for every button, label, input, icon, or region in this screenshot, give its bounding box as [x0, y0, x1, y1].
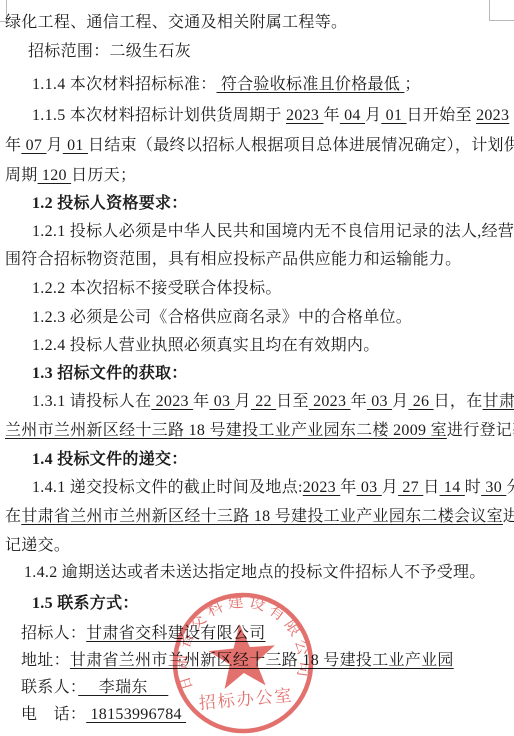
- fill-in-underlined-text: 甘肃省: [483, 393, 514, 410]
- text-segment: 1.5 联系方式：: [32, 595, 139, 612]
- text-line: 1.2.1 投标人必须是中华人民共和国境内无不良信用记录的法人,经营范: [32, 222, 514, 242]
- text-segment: 年: [5, 137, 21, 154]
- text-line: 电 话： 18153996784: [21, 705, 186, 725]
- text-segment: 进行登: [503, 508, 514, 525]
- fill-in-underlined-text: 2023: [286, 107, 324, 124]
- text-segment: 1.2 投标人资格要求：: [32, 195, 188, 212]
- text-line: 招标范围：二级生石灰: [28, 42, 191, 62]
- text-segment: 月: [392, 393, 408, 410]
- text-segment: 月: [47, 137, 63, 154]
- text-segment: 在: [5, 508, 21, 525]
- text-line: 1.3.1 请投标人在 2023 年 03 月 22 日至 2023 年 03 …: [32, 392, 514, 412]
- text-segment: 日结束（最终以招标人根据项目总体进展情况确定），计划供货: [88, 137, 514, 154]
- text-line: 围符合招标物资范围，具有相应投标产品供应能力和运输能力。: [5, 250, 461, 270]
- text-line: 1.1.4 本次材料招标标准： 符合验收标准且价格最低 ；: [32, 75, 421, 95]
- text-line: 联系人： 李瑞东: [21, 678, 168, 698]
- fill-in-underlined-text: 兰州市兰州新区经十三路 18 号建投工业产业园东二楼 2009 室: [5, 422, 447, 439]
- document-page: 绿化工程、通信工程、交通及相关附属工程等。招标范围：二级生石灰1.1.4 本次材…: [0, 0, 514, 736]
- text-line: 记递交。: [5, 536, 70, 556]
- text-line: 在甘肃省兰州市兰州新区经十三路 18 号建投工业产业园东二楼会议室进行登: [5, 507, 514, 527]
- text-segment: 周期: [5, 167, 38, 184]
- text-segment: 年: [351, 393, 367, 410]
- text-segment: 日至: [276, 393, 309, 410]
- text-segment: 地址：: [21, 652, 70, 669]
- text-segment: 电 话：: [21, 706, 86, 723]
- text-line: 地址：甘肃省兰州市兰州新区经十三路 18 号建投工业产业园: [21, 651, 454, 671]
- text-segment: 日开始至: [407, 107, 477, 124]
- fill-in-underlined-text: 01: [381, 107, 406, 124]
- fill-in-underlined-text: 14: [440, 479, 465, 496]
- text-segment: 月: [365, 107, 381, 124]
- fill-in-underlined-text: 甘肃省兰州市兰州新区经十三路 18 号建投工业产业园: [70, 652, 454, 669]
- text-segment: 1.2.3 必须是公司《合格供应商名录》中的合格单位。: [32, 309, 412, 326]
- fill-in-underlined-text: 22: [251, 393, 276, 410]
- fill-in-underlined-text: 03: [357, 479, 382, 496]
- text-line: 招标人：甘肃省交科建设有限公司: [21, 624, 266, 644]
- document-body: 绿化工程、通信工程、交通及相关附属工程等。招标范围：二级生石灰1.1.4 本次材…: [0, 0, 514, 736]
- fill-in-underlined-text: 符合验收标准且价格最低: [217, 76, 405, 93]
- text-line: 兰州市兰州新区经十三路 18 号建投工业产业园东二楼 2009 室进行登记获取。: [5, 421, 514, 441]
- text-line: 1.5 联系方式：: [32, 594, 139, 614]
- fill-in-underlined-text: 18153996784: [86, 706, 186, 723]
- fill-in-underlined-text: 2023: [309, 393, 351, 410]
- text-segment: 招标人：: [21, 625, 86, 642]
- text-line: 1.2.2 本次招标不接受联合体投标。: [32, 279, 282, 299]
- text-segment: 1.1.5 本次材料招标计划供货周期于: [32, 107, 286, 124]
- text-segment: 日，在: [434, 393, 483, 410]
- text-segment: 月: [235, 393, 251, 410]
- fill-in-underlined-text: 03: [367, 393, 392, 410]
- fill-in-underlined-text: 27: [398, 479, 423, 496]
- fill-in-underlined-text: 07: [21, 137, 46, 154]
- text-segment: 进行登记获取。: [447, 422, 514, 439]
- text-segment: 记递交。: [5, 537, 70, 554]
- text-segment: 1.1.4 本次材料招标标准：: [32, 76, 217, 93]
- text-segment: 时: [465, 479, 481, 496]
- text-line: 年 07 月 01 日结束（最终以招标人根据项目总体进展情况确定），计划供货: [5, 136, 514, 156]
- fill-in-underlined-text: 甘肃省兰州市兰州新区经十三路 18 号建投工业产业园东二楼会议室: [21, 508, 503, 525]
- text-line: 1.2.3 必须是公司《合格供应商名录》中的合格单位。: [32, 308, 412, 328]
- text-segment: 月: [382, 479, 398, 496]
- text-segment: 年: [340, 479, 356, 496]
- text-segment: 年: [324, 107, 340, 124]
- fill-in-underlined-text: 03: [209, 393, 234, 410]
- text-segment: 日: [423, 479, 439, 496]
- text-segment: 1.2.2 本次招标不接受联合体投标。: [32, 280, 282, 297]
- fill-in-underlined-text: 26: [408, 393, 433, 410]
- text-line: 1.4.2 逾期送达或者未送达指定地点的投标文件招标人不予受理。: [24, 563, 486, 583]
- fill-in-underlined-text: 李瑞东: [78, 679, 168, 696]
- fill-in-underlined-text: 甘肃省交科建设有限公司: [86, 625, 265, 642]
- text-line: 1.1.5 本次材料招标计划供货周期于 2023 年 04 月 01 日开始至 …: [32, 106, 509, 126]
- text-segment: 围符合招标物资范围，具有相应投标产品供应能力和运输能力。: [5, 251, 461, 268]
- text-segment: 1.4.1 递交投标文件的截止时间及地点:: [32, 479, 303, 496]
- text-segment: 1.2.4 投标人营业执照必须真实且均在有效期内。: [32, 337, 380, 354]
- fill-in-underlined-text: 04: [340, 107, 365, 124]
- text-segment: 日历天；: [71, 167, 136, 184]
- fill-in-underlined-text: 120: [38, 167, 72, 184]
- fill-in-underlined-text: 2023: [303, 479, 341, 496]
- text-segment: 1.2.1 投标人必须是中华人民共和国境内无不良信用记录的法人,经营范: [32, 223, 514, 240]
- text-segment: 分，: [506, 479, 514, 496]
- fill-in-underlined-text: 01: [63, 137, 88, 154]
- text-segment: 1.4 投标文件的递交：: [32, 451, 188, 468]
- text-line: 周期 120 日历天；: [5, 166, 136, 186]
- text-line: 1.2 投标人资格要求：: [32, 194, 188, 214]
- text-line: 1.4.1 递交投标文件的截止时间及地点:2023 年 03 月 27 日 14…: [32, 478, 514, 498]
- text-line: 1.3 招标文件的获取：: [32, 364, 188, 384]
- fill-in-underlined-text: 30: [481, 479, 506, 496]
- text-segment: 招标范围：二级生石灰: [28, 43, 191, 60]
- text-segment: 1.4.2 逾期送达或者未送达指定地点的投标文件招标人不予受理。: [24, 564, 486, 581]
- text-segment: ；: [404, 76, 420, 93]
- text-segment: 1.3.1 请投标人在: [32, 393, 151, 410]
- fill-in-underlined-text: 2023: [476, 107, 509, 124]
- text-line: 1.2.4 投标人营业执照必须真实且均在有效期内。: [32, 336, 380, 356]
- text-segment: 年: [193, 393, 209, 410]
- fill-in-underlined-text: 2023: [151, 393, 193, 410]
- text-segment: 1.3 招标文件的获取：: [32, 365, 188, 382]
- text-segment: 联系人：: [21, 679, 78, 696]
- text-line: 绿化工程、通信工程、交通及相关附属工程等。: [5, 13, 347, 33]
- text-line: 1.4 投标文件的递交：: [32, 450, 188, 470]
- text-segment: 绿化工程、通信工程、交通及相关附属工程等。: [5, 14, 347, 31]
